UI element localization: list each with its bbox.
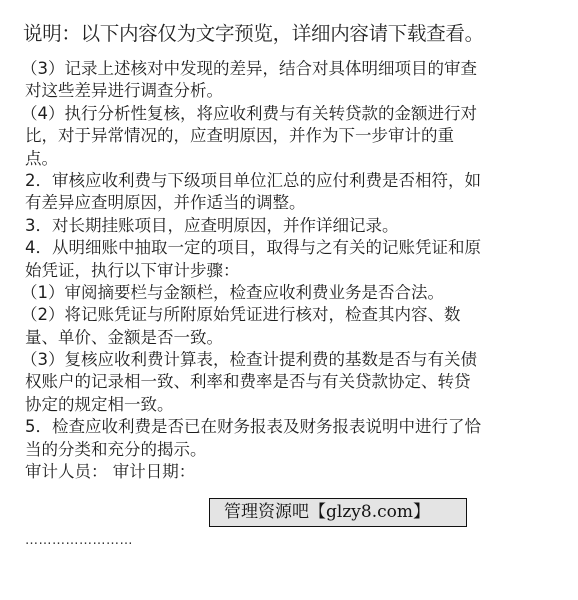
text-line: 对这些差异进行调查分析。 <box>25 80 565 102</box>
document-body: （3）记录上述核对中发现的差异，结合对具体明细项目的审查 对这些差异进行调查分析… <box>25 58 565 483</box>
text-line: 有差异应查明原因，并作适当的调整。 <box>25 192 565 214</box>
text-line: 3．对长期挂账项目，应查明原因，并作详细记录。 <box>25 215 565 237</box>
watermark-banner: 管理资源吧【glzy8.com】 <box>209 498 467 527</box>
text-line: 协定的规定相一致。 <box>25 394 565 416</box>
text-line: 4．从明细账中抽取一定的项目，取得与之有关的记账凭证和原 <box>25 237 565 259</box>
text-line: （2）将记账凭证与所附原始凭证进行核对，检查其内容、数 <box>21 304 565 326</box>
text-line: 当的分类和充分的揭示。 <box>25 439 565 461</box>
text-line: 比，对于异常情况的，应查明原因，并作为下一步审计的重 <box>25 125 565 147</box>
text-line: （4）执行分析性复核，将应收利费与有关转贷款的金额进行对 <box>21 103 565 125</box>
dotted-separator: …………………… <box>25 533 133 548</box>
text-line: 权账户的记录相一致、利率和费率是否与有关贷款协定、转贷 <box>25 371 565 393</box>
text-line: 始凭证，执行以下审计步骤： <box>25 260 565 282</box>
preview-notice: 说明：以下内容仅为文字预览，详细内容请下载查看。 <box>23 18 484 46</box>
auditor-signature-line: 审计人员： 审计日期： <box>25 461 565 483</box>
text-line: （1）审阅摘要栏与金额栏，检查应收利费业务是否合法。 <box>21 282 565 304</box>
text-line: 量、单价、金额是否一致。 <box>25 327 565 349</box>
text-line: （3）复核应收利费计算表，检查计提利费的基数是否与有关债 <box>21 349 565 371</box>
text-line: （3）记录上述核对中发现的差异，结合对具体明细项目的审查 <box>21 58 565 80</box>
text-line: 2．审核应收利费与下级项目单位汇总的应付利费是否相符，如 <box>25 170 565 192</box>
text-line: 点。 <box>25 148 565 170</box>
text-line: 5．检查应收利费是否已在财务报表及财务报表说明中进行了恰 <box>25 416 565 438</box>
